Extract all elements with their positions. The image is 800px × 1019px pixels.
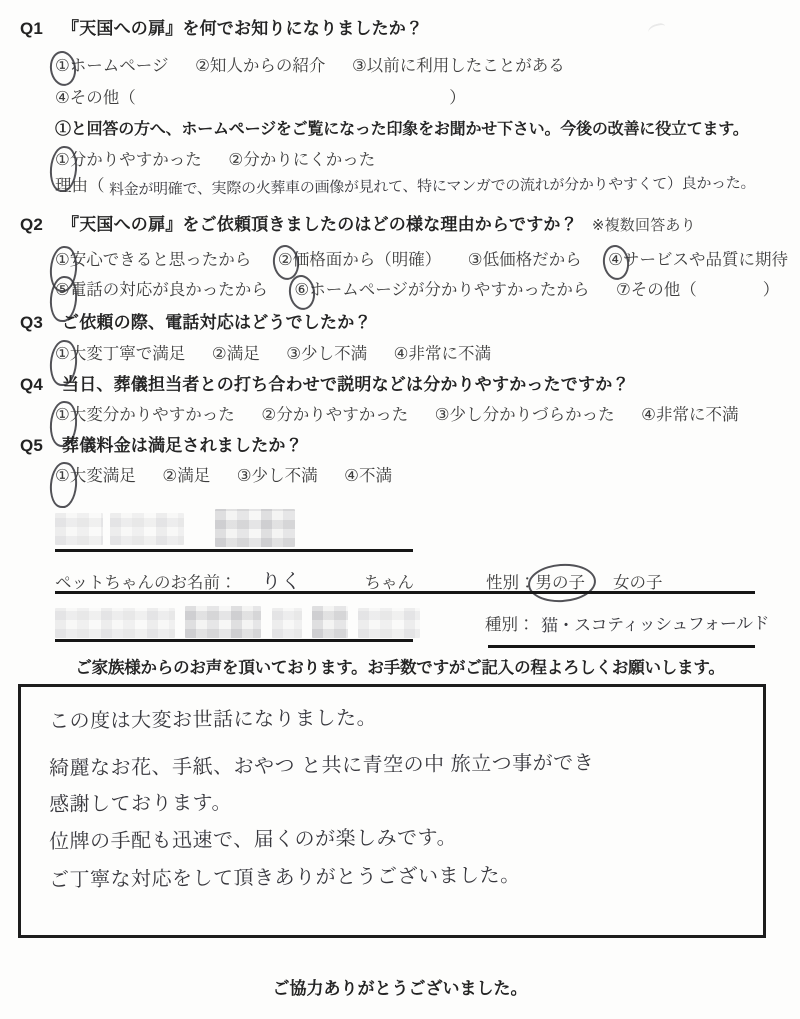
q3-option-2: ②満足 <box>212 340 260 364</box>
comment-line-5: ご丁寧な対応をして頂きありがとうございました。 <box>49 859 521 893</box>
faint-pencil-mark <box>647 22 667 38</box>
q2-option-5: ⑤電話の対応が良かったから <box>55 276 268 300</box>
q2-option-1: ①安心できると思ったから <box>55 246 251 270</box>
q2-option-3: ③低価格だから <box>468 246 582 270</box>
q5-option-3: ③少し不満 <box>237 462 318 486</box>
q1-title: 『天国への扉』を何でお知りになりましたか？ <box>62 19 423 38</box>
comment-line-1: この度は大変お世話になりました。 <box>49 701 377 733</box>
comment-line-3: 感謝しております。 <box>49 786 232 817</box>
q1-followup-option-1-marker: ① <box>55 150 70 170</box>
q2-option-6: ⑥ホームページが分かりやすかったから <box>294 276 589 300</box>
q1-number: Q1 <box>20 19 62 39</box>
q2-option-2-marker: ② <box>278 250 293 270</box>
survey-scan-page: Q1『天国への扉』を何でお知りになりましたか？ ①ホームページ ②知人からの紹介… <box>0 0 800 1019</box>
field-underline <box>488 645 755 648</box>
q4-option-4: ④非常に不満 <box>641 401 738 425</box>
pet-name-handwriting: りく <box>260 565 300 594</box>
q5-heading: Q5葬儀料金は満足されましたか？ <box>20 431 303 456</box>
q2-option-4-marker: ④ <box>608 250 623 270</box>
q3-option-4-marker: ④ <box>394 344 409 364</box>
q1-option-1-label: ホームページ <box>70 57 169 75</box>
q2-number: Q2 <box>20 215 62 235</box>
redacted-field <box>215 509 295 547</box>
q3-option-3-label: 少し不満 <box>301 345 367 363</box>
q1-option-2: ②知人からの紹介 <box>195 52 325 76</box>
q5-option-3-marker: ③ <box>237 466 252 486</box>
q2-option-4-label: サービスや品質に期待 <box>623 251 788 269</box>
q4-option-1-label: 大変分かりやすかった <box>70 406 235 424</box>
q5-option-2: ②満足 <box>162 462 210 486</box>
q2-option-6-marker: ⑥ <box>294 280 309 300</box>
q3-option-3: ③少し不満 <box>286 340 367 364</box>
q1-heading: Q1『天国への扉』を何でお知りになりましたか？ <box>20 14 423 39</box>
q1-option-1-marker: ① <box>55 56 70 76</box>
q1-followup-option-1-label: 分かりやすかった <box>70 151 202 169</box>
q2-title: 『天国への扉』をご依頼頂きましたのはどの様な理由からですか？ <box>62 215 578 234</box>
field-underline <box>55 549 413 552</box>
q5-option-4-label: 不満 <box>359 467 392 485</box>
q2-option-5-label: 電話の対応が良かったから <box>70 281 268 299</box>
gender-label: 性別： <box>486 569 536 593</box>
q5-option-2-marker: ② <box>162 466 177 486</box>
q3-options: ①大変丁寧で満足 ②満足 ③少し不満 ④非常に不満 <box>55 340 513 364</box>
q2-option-1-marker: ① <box>55 250 70 270</box>
q1-option-2-label: 知人からの紹介 <box>210 57 326 75</box>
q3-option-4-label: 非常に不満 <box>408 345 491 363</box>
q4-options: ①大変分かりやすかった ②分かりやすかった ③少し分かりづらかった ④非常に不満 <box>55 401 760 425</box>
q1-options-row2: ④その他（ ） <box>55 84 488 108</box>
field-underline <box>55 591 755 594</box>
q1-option-4: ④その他（ ） <box>55 84 466 108</box>
q3-option-3-marker: ③ <box>286 344 301 364</box>
q4-number: Q4 <box>20 375 62 395</box>
q3-number: Q3 <box>20 313 62 333</box>
species-row: 種別：猫・スコティッシュフォールド <box>485 610 769 635</box>
q1-option-1: ①ホームページ <box>55 52 168 76</box>
q2-option-7: ⑦その他（ ） <box>616 276 779 300</box>
redacted-field <box>55 513 103 545</box>
q4-option-4-label: 非常に不満 <box>656 406 739 424</box>
q1-followup-option-1: ①分かりやすかった <box>55 146 202 170</box>
q3-option-1: ①大変丁寧で満足 <box>55 340 185 364</box>
pet-name-row: ペットちゃんのお名前：りくちゃん性別：男の子女の子 <box>55 565 663 594</box>
species-handwriting: 猫・スコティッシュフォールド <box>540 609 768 636</box>
q4-option-2: ②分かりやすかった <box>261 401 408 425</box>
q2-option-2-label: 価格面から（明確） <box>293 251 442 269</box>
q5-option-1-marker: ① <box>55 466 70 486</box>
q3-option-2-marker: ② <box>212 344 227 364</box>
q4-option-4-marker: ④ <box>641 405 656 425</box>
q2-option-1-label: 安心できると思ったから <box>70 251 252 269</box>
family-note: ご家族様からのお声を頂いております。お手数ですがご記入の程よろしくお願いします。 <box>0 654 800 678</box>
q3-heading: Q3ご依頼の際、電話対応はどうでしたか？ <box>20 308 372 333</box>
field-underline <box>55 639 413 642</box>
q2-option-2: ②価格面から（明確） <box>278 246 441 270</box>
q3-option-1-marker: ① <box>55 344 70 364</box>
q1-option-3-marker: ③ <box>352 56 367 76</box>
q5-title: 葬儀料金は満足されましたか？ <box>62 436 303 455</box>
q4-option-3: ③少し分かりづらかった <box>435 401 615 425</box>
q5-option-2-label: 満足 <box>177 467 210 485</box>
q2-option-6-label: ホームページが分かりやすかったから <box>309 281 589 299</box>
q1-option-3: ③以前に利用したことがある <box>352 52 565 76</box>
q2-option-7-label: その他（ ） <box>631 281 780 299</box>
redacted-field <box>272 608 302 638</box>
q1-reason-row: 理由（ 料金が明確で、実際の火葬車の画像が見れて、特にマンガでの流れが分かりやす… <box>55 172 755 196</box>
redacted-field <box>55 608 175 638</box>
redacted-field <box>358 608 420 638</box>
q4-heading: Q4当日、葬儀担当者との打ち合わせで説明などは分かりやすかったですか？ <box>20 370 630 395</box>
q2-option-4: ④サービスや品質に期待 <box>608 246 788 270</box>
q4-option-1-marker: ① <box>55 405 70 425</box>
q1-option-4-marker: ④ <box>55 88 70 108</box>
q5-option-1: ①大変満足 <box>55 462 136 486</box>
pet-name-suffix: ちゃん <box>365 569 415 593</box>
q4-option-2-marker: ② <box>261 405 276 425</box>
redacted-field <box>185 606 261 638</box>
q3-option-1-label: 大変丁寧で満足 <box>70 345 186 363</box>
redacted-field <box>110 513 184 545</box>
q5-number: Q5 <box>20 436 62 456</box>
q1-followup-prompt: ①と回答の方へ、ホームページをご覧になった印象をお聞かせ下さい。今後の改善に役立… <box>55 116 749 139</box>
species-label: 種別： <box>485 616 535 634</box>
comment-box: この度は大変お世話になりました。 綺麗なお花、手紙、おやつ と共に青空の中 旅立… <box>18 684 766 938</box>
q1-options-row1: ①ホームページ ②知人からの紹介 ③以前に利用したことがある <box>55 52 587 76</box>
q3-option-4: ④非常に不満 <box>394 340 491 364</box>
q4-title: 当日、葬儀担当者との打ち合わせで説明などは分かりやすかったですか？ <box>62 375 630 394</box>
q4-option-1: ①大変分かりやすかった <box>55 401 235 425</box>
q2-option-7-marker: ⑦ <box>616 280 631 300</box>
q5-option-4-marker: ④ <box>344 466 359 486</box>
q1-followup-option-2-label: 分かりにくかった <box>243 151 375 169</box>
q1-followup-option-2: ②分かりにくかった <box>228 146 375 170</box>
q1-option-4-label: その他（ ） <box>70 89 466 107</box>
gender-option-boy: 男の子 <box>536 569 586 593</box>
q5-option-1-label: 大変満足 <box>70 467 136 485</box>
pet-name-label: ペットちゃんのお名前： <box>55 574 237 592</box>
comment-line-2: 綺麗なお花、手紙、おやつ と共に青空の中 旅立つ事ができ <box>49 746 594 781</box>
q1-option-3-label: 以前に利用したことがある <box>367 57 565 75</box>
q3-title: ご依頼の際、電話対応はどうでしたか？ <box>62 313 372 332</box>
q2-option-3-label: 低価格だから <box>483 251 582 269</box>
q1-reason-handwriting: 料金が明確で、実際の火葬車の画像が見れて、特にマンガでの流れが分かりやすくて）良… <box>109 172 755 200</box>
closing-thanks: ご協力ありがとうございました。 <box>0 974 800 999</box>
q2-options-row2: ⑤電話の対応が良かったから ⑥ホームページが分かりやすかったから ⑦その他（ ） <box>55 276 800 300</box>
q4-option-3-label: 少し分かりづらかった <box>450 406 615 424</box>
redacted-field <box>312 606 348 638</box>
q2-options-row1: ①安心できると思ったから ②価格面から（明確） ③低価格だから ④サービスや品質… <box>55 246 800 270</box>
q1-followup-option-2-marker: ② <box>228 150 243 170</box>
q4-option-3-marker: ③ <box>435 405 450 425</box>
q3-option-2-label: 満足 <box>227 345 260 363</box>
gender-option-girl: 女の子 <box>613 569 663 593</box>
q1-reason-label: 理由（ <box>55 177 105 195</box>
q2-option-3-marker: ③ <box>468 250 483 270</box>
q4-option-2-label: 分かりやすかった <box>276 406 408 424</box>
q1-followup-options: ①分かりやすかった ②分かりにくかった <box>55 146 397 170</box>
comment-line-4: 位牌の手配も迅速で、届くのが楽しみです。 <box>49 821 457 854</box>
q1-option-2-marker: ② <box>195 56 210 76</box>
q5-option-3-label: 少し不満 <box>252 467 318 485</box>
q5-option-4: ④不満 <box>344 462 392 486</box>
q2-heading: Q2『天国への扉』をご依頼頂きましたのはどの様な理由からですか？※複数回答あり <box>20 210 696 235</box>
q2-option-5-marker: ⑤ <box>55 280 70 300</box>
q5-options: ①大変満足 ②満足 ③少し不満 ④不満 <box>55 462 414 486</box>
q2-note: ※複数回答あり <box>592 217 696 234</box>
